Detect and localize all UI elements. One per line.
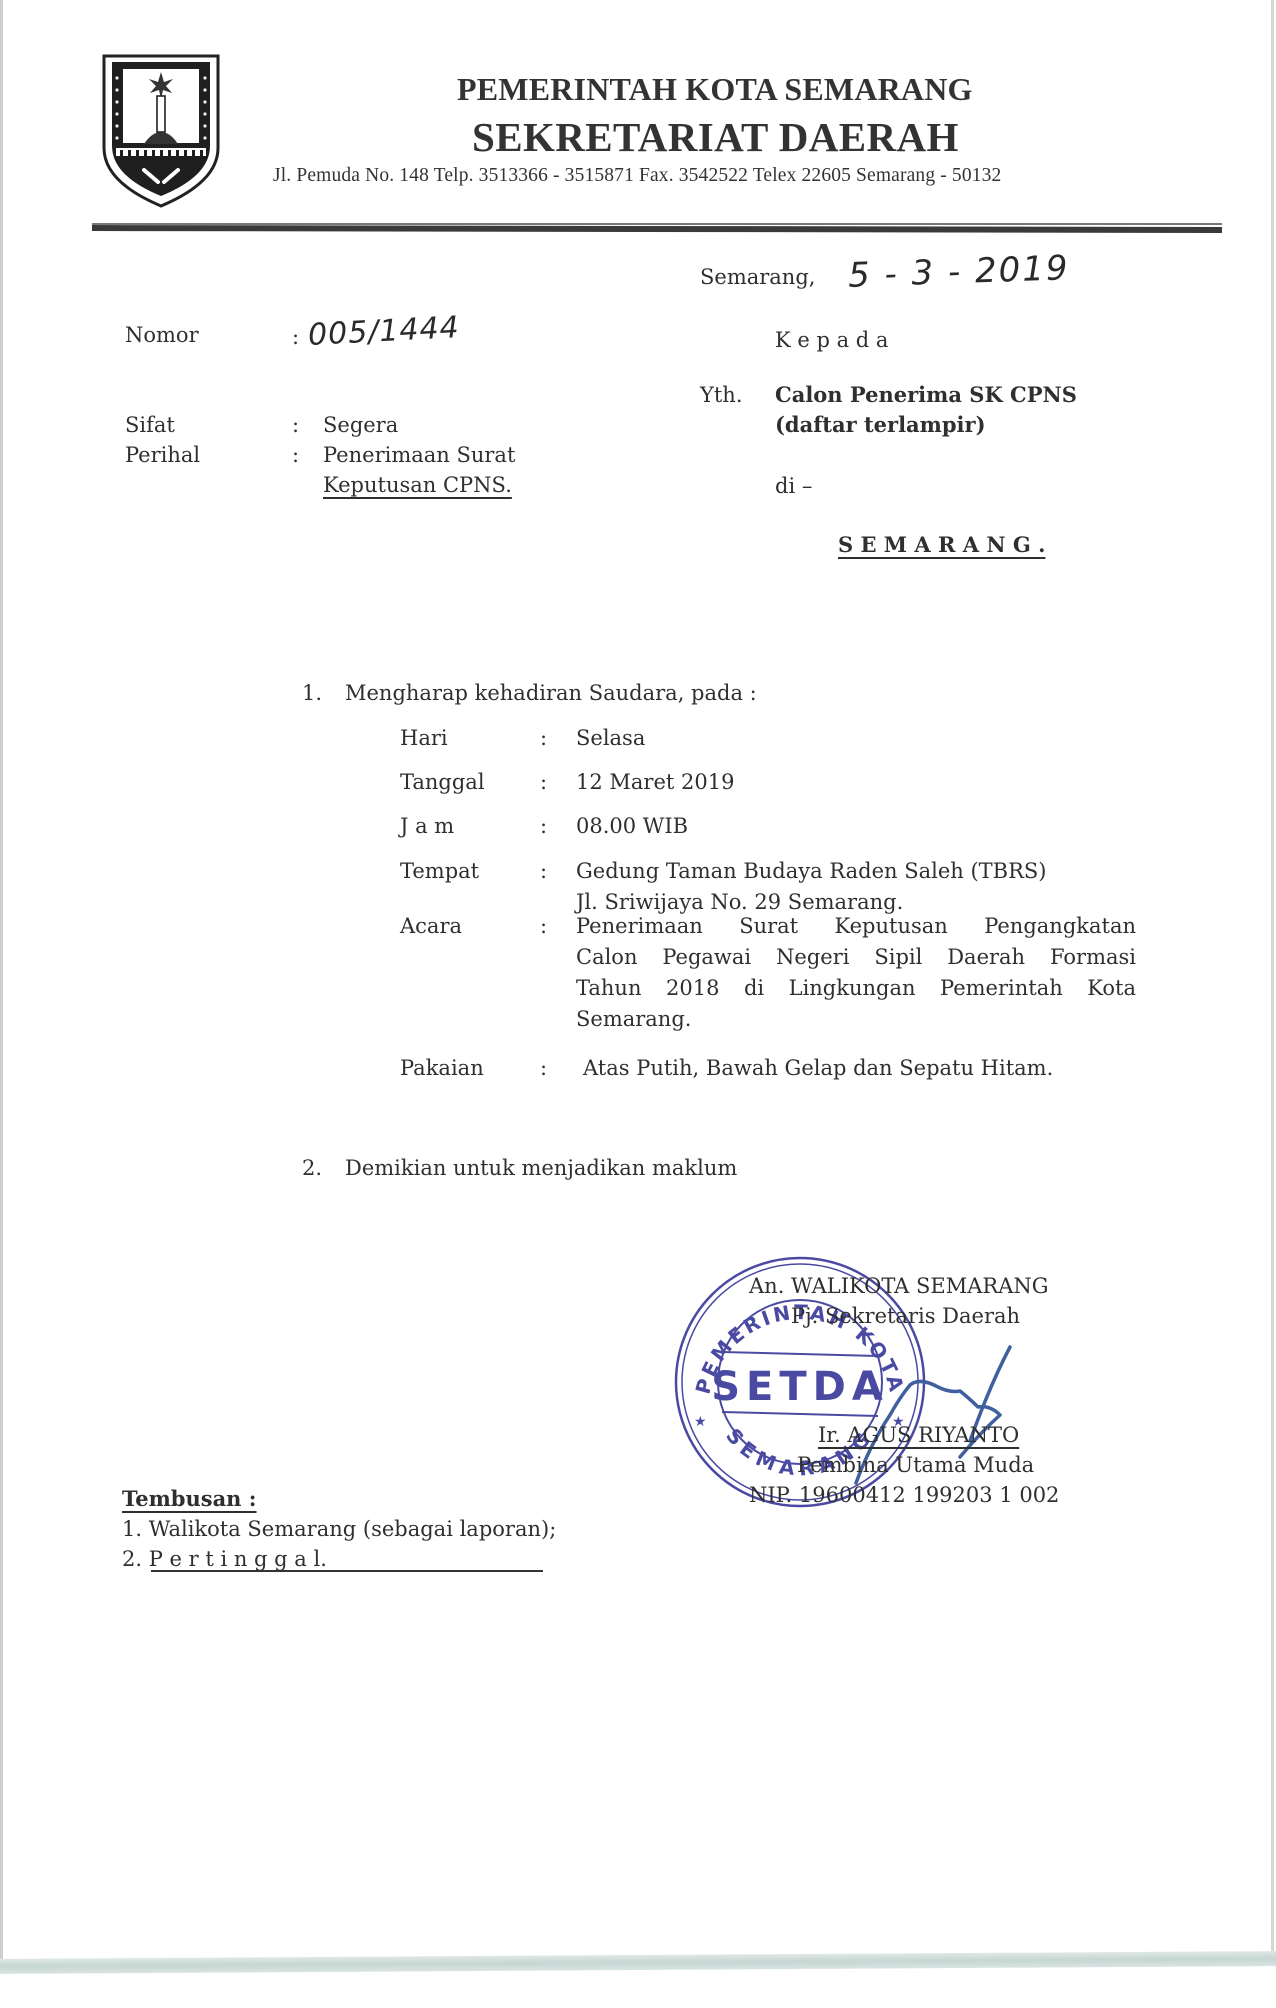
detail-label: Pakaian xyxy=(400,1053,484,1083)
signature-on-behalf: An. WALIKOTA SEMARANG xyxy=(749,1271,1049,1301)
city-coat-of-arms-icon xyxy=(100,52,222,208)
perihal-colon: : xyxy=(292,440,299,470)
sifat-value: Segera xyxy=(323,410,398,440)
detail-colon: : xyxy=(540,723,547,753)
detail-label: Acara xyxy=(400,911,462,941)
recipient-city: S E M A R A N G . xyxy=(838,530,1045,560)
detail-label: Hari xyxy=(400,723,448,753)
detail-value-line: Tahun 2018 di Lingkungan Pemerintah Kota xyxy=(576,973,1136,1003)
detail-value-line: Penerimaan Surat Keputusan Pengangkatan xyxy=(576,911,1136,941)
scan-edge-bottom xyxy=(0,1951,1276,1974)
item1-text: Mengharap kehadiran Saudara, pada : xyxy=(345,678,757,708)
detail-label: J a m xyxy=(400,811,454,841)
detail-value-line: Semarang. xyxy=(576,1004,691,1034)
scan-edge-left xyxy=(0,0,3,1968)
kepada-label: K e p a d a xyxy=(775,325,888,355)
detail-value-line: 12 Maret 2019 xyxy=(576,767,734,797)
detail-label: Tanggal xyxy=(400,767,485,797)
signatory-nip: NIP. 19600412 199203 1 002 xyxy=(749,1480,1059,1510)
perihal-value-line2: Keputusan CPNS. xyxy=(323,470,512,500)
detail-colon: : xyxy=(540,811,547,841)
recipient-name-line2: (daftar terlampir) xyxy=(775,410,986,440)
detail-value-line: 08.00 WIB xyxy=(576,811,688,841)
detail-value-line: Gedung Taman Budaya Raden Saleh (TBRS) xyxy=(576,856,1046,886)
recipient-name-line1: Calon Penerima SK CPNS xyxy=(775,380,1077,410)
recipient-di: di – xyxy=(775,471,812,501)
item2-number: 2. xyxy=(302,1153,322,1183)
detail-colon: : xyxy=(540,767,547,797)
nomor-label: Nomor xyxy=(125,320,199,350)
perihal-value-line1: Penerimaan Surat xyxy=(323,440,515,470)
office-address: Jl. Pemuda No. 148 Telp. 3513366 - 35158… xyxy=(273,165,1001,187)
detail-label: Tempat xyxy=(400,856,479,886)
tembusan-item-2-underline xyxy=(151,1570,543,1572)
nomor-value: 005/1444 xyxy=(307,310,460,353)
date-place: Semarang, xyxy=(700,262,815,292)
yth-label: Yth. xyxy=(700,380,743,410)
letter-page: PEMERINTAH KOTA SEMARANG SEKRETARIAT DAE… xyxy=(0,0,1276,2008)
item2-text: Demikian untuk menjadikan maklum xyxy=(345,1153,737,1183)
government-name: PEMERINTAH KOTA SEMARANG xyxy=(457,71,973,108)
signature-position: Pj. Sekretaris Daerah xyxy=(791,1301,1020,1331)
detail-colon: : xyxy=(540,911,547,941)
detail-value-line: Atas Putih, Bawah Gelap dan Sepatu Hitam… xyxy=(583,1053,1053,1083)
letterhead-rule-thick xyxy=(92,225,1222,233)
stamp-star-icon: ★ xyxy=(694,1415,707,1430)
detail-colon: : xyxy=(540,1053,547,1083)
item1-number: 1. xyxy=(302,678,322,708)
office-name: SEKRETARIAT DAERAH xyxy=(472,113,959,161)
perihal-label: Perihal xyxy=(125,440,200,470)
sifat-label: Sifat xyxy=(125,410,175,440)
tembusan-item-1: 1. Walikota Semarang (sebagai laporan); xyxy=(122,1514,556,1544)
signatory-rank: Pembina Utama Muda xyxy=(797,1450,1034,1480)
nomor-colon: : xyxy=(292,322,299,352)
handwritten-date: 5 - 3 - 2019 xyxy=(847,248,1070,296)
detail-value-line: Calon Pegawai Negeri Sipil Daerah Formas… xyxy=(576,942,1136,972)
tembusan-item-2-text: 2. P e r t i n g g a l. xyxy=(122,1547,327,1571)
sifat-colon: : xyxy=(292,410,299,440)
detail-colon: : xyxy=(540,856,547,886)
tembusan-title: Tembusan : xyxy=(122,1484,257,1514)
signatory-name: Ir. AGUS RIYANTO xyxy=(818,1420,1019,1450)
scan-edge-right xyxy=(1271,0,1274,1960)
detail-value-line: Selasa xyxy=(576,723,645,753)
